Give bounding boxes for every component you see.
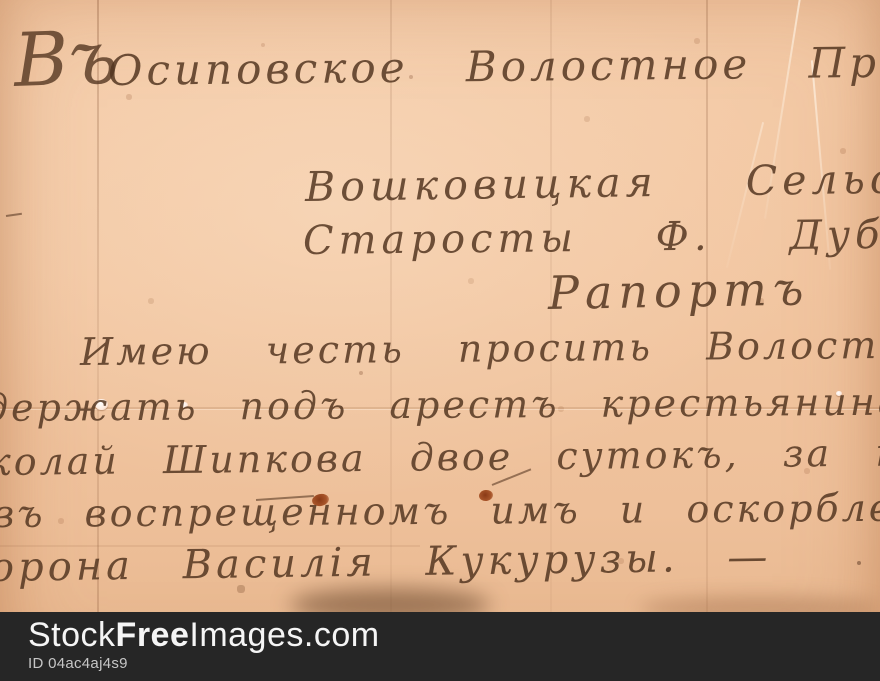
stock-photo-frame: Въ Осиповское Волостное Правлен Вошковиц… [0, 0, 880, 681]
handwriting-sender-line1: Вошковицкая Сельская [305, 153, 880, 211]
handwriting-body-line: держать подъ арестъ крестьянина м. Воло [0, 378, 880, 430]
watermark-brand-free: Free [116, 616, 190, 654]
crease-highlight [764, 0, 802, 219]
watermark-brand-stock: Stock [28, 616, 116, 654]
horizontal-crease [0, 407, 880, 409]
crease-highlight [811, 60, 831, 269]
handwriting-body-line: въ воспрещенномъ имъ и оскорбленіи Пол [0, 484, 880, 536]
vertical-fold-line [390, 0, 392, 612]
vertical-fold-line [97, 0, 99, 612]
crease-highlight [726, 122, 764, 268]
handwriting-sender-line2: Старосты Ф. Дубынки [303, 211, 880, 264]
watermark-brand-images: Images.com [189, 616, 379, 654]
handwriting-body-line: колай Шипкова двое сутокъ, за потребле [0, 428, 880, 484]
ink-blot [478, 489, 493, 502]
paper-hole [181, 402, 188, 408]
watermark-brand: StockFreeImages.com [28, 616, 880, 654]
paper-stain-specks [0, 0, 2, 2]
horizontal-crease [0, 545, 420, 547]
ink-stroke [492, 468, 532, 486]
vertical-fold-line [706, 0, 708, 612]
handwriting-body-line: Имею честь просить Волостное Прав [80, 321, 880, 374]
handwriting-report-title: Рапортъ [548, 261, 810, 320]
handwriting-body-line: орона Василія Кукурузы. — [0, 534, 772, 591]
paper-hole [836, 391, 842, 396]
handwriting-address-initial: Въ [12, 14, 119, 104]
paper-hole [95, 399, 108, 410]
paper-vignette [0, 0, 880, 681]
ink-stroke [6, 213, 22, 217]
watermark-bar: StockFreeImages.com ID 04ac4aj4s9 [0, 612, 880, 681]
image-id-label: ID 04ac4aj4s9 [28, 655, 880, 673]
ink-stroke [256, 495, 314, 501]
vertical-fold-line [550, 0, 552, 612]
handwriting-address-line: Осиповское Волостное Правлен [108, 36, 880, 95]
